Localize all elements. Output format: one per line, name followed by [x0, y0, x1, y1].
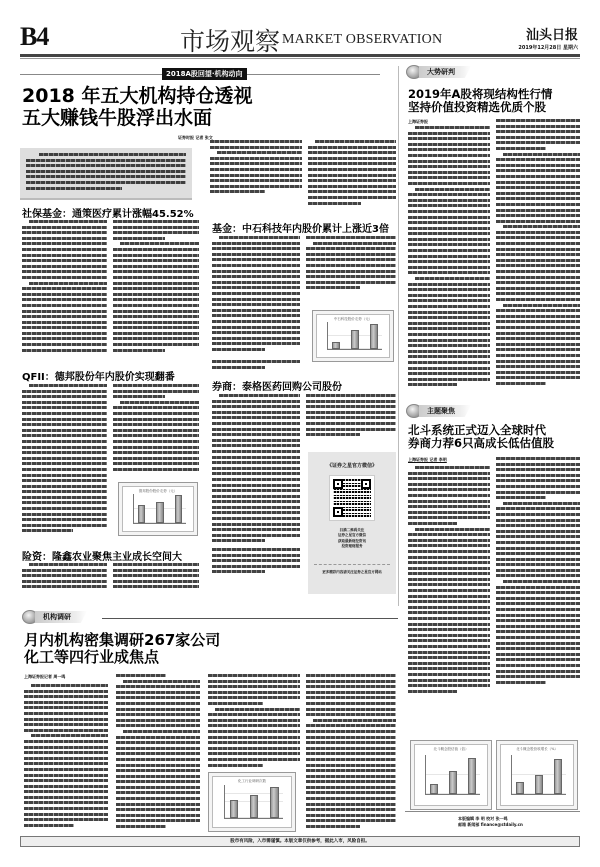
bottom-byline: 上海证券报记者 周一鸣: [24, 674, 65, 680]
masthead-rule-thin: [20, 58, 580, 59]
main-body-col1e: [22, 563, 107, 591]
qr-separator: [314, 564, 390, 565]
main-body-col3-top: [308, 140, 396, 215]
main-body-col2a: [212, 236, 300, 356]
bottom-headline[interactable]: 月内机构密集调研267家公司 化工等四行业成焦点: [24, 632, 220, 667]
chart-bar: [468, 758, 476, 795]
qr-promo: 《证券之星官方微信》 扫描二维码关注 证券之星官方微信 获取最新财经资讯 投资理…: [308, 452, 396, 594]
chart-fund: 中石科技股价走势（元）: [312, 310, 394, 362]
main-headline-line2: 五大赚钱牛股浮出水面: [22, 108, 253, 130]
chart-bar: [332, 342, 340, 350]
bottom-headline-line1: 月内机构密集调研267家公司: [24, 632, 220, 649]
chart-title: 化工行业调研次数: [213, 779, 291, 784]
main-body-col1f: [113, 563, 199, 591]
main-body-col1d: [113, 384, 199, 476]
chart-bar: [535, 775, 543, 794]
qr-note: 扫描二维码关注 证券之星官方微信 获取最新财经资讯 投资理财服务: [316, 528, 388, 549]
contact-credit: 邮箱 新闻部 finance@stdaily.cn: [458, 822, 523, 828]
subhead-qfii: QFII：德邦股份年内股价实现翻番: [22, 368, 175, 383]
main-byline: 证券时报 记者 张文: [178, 135, 213, 141]
main-body-col2c: [212, 394, 300, 544]
qr-footer-note: 更多精彩内容请关注证券之星官方网站: [316, 570, 388, 575]
right-top-body-col1: [408, 126, 490, 394]
chart-bar: [516, 782, 524, 794]
right-top-headline[interactable]: 2019年A股将现结构性行情 坚持价值投资精选优质个股: [408, 88, 552, 114]
section-title: 市场观察: [180, 22, 280, 58]
page-number: B4: [20, 22, 48, 52]
bottom-tag: 机构调研: [22, 610, 87, 624]
chart-bar: [175, 495, 182, 522]
footer-rule: [405, 811, 580, 812]
bottom-headline-line2: 化工等四行业成焦点: [24, 649, 220, 666]
subhead-broker: 券商：泰格医药回购公司股份: [212, 378, 342, 393]
right-mid-headline-line2: 券商力荐6只高成长低估值股: [408, 437, 554, 450]
main-body-col2-top: [210, 140, 302, 198]
chart-bar: [370, 324, 378, 349]
article-summary: [20, 148, 192, 200]
main-body-col3a: [306, 236, 396, 296]
subhead-fund: 基金：中石科技年内股价累计上涨近3倍: [212, 220, 389, 235]
right-mid-byline: 上海证券报 记者 李明: [408, 457, 447, 463]
qr-code-icon[interactable]: [330, 476, 374, 520]
right-top-tag: 大势研判: [406, 65, 471, 79]
topic-tag: 2018A股回望·机构动向: [162, 68, 247, 80]
chart-bar: [449, 771, 457, 794]
chart-bar: [230, 800, 238, 818]
subhead-social-security: 社保基金：通策医疗累计涨幅45.52%: [22, 205, 194, 220]
right-mid-body-col1: [408, 466, 490, 702]
chart-title: 北斗概念股估值（倍）: [415, 747, 487, 752]
right-mid-body-col2: [496, 457, 580, 702]
chart-bar: [250, 795, 258, 818]
chart-beidou-growth: 北斗概念股营收增长（%）: [496, 740, 578, 810]
masthead-rule: [20, 54, 580, 57]
subhead-insurance: 险资：隆鑫农业聚焦主业成长空间大: [22, 548, 182, 563]
section-title-en: MARKET OBSERVATION: [282, 32, 442, 48]
main-body-col1a: [22, 220, 107, 358]
right-mid-tag: 主题聚焦: [406, 404, 471, 418]
chart-bar: [270, 787, 278, 818]
chart-research: 化工行业调研次数: [208, 772, 296, 832]
masthead: B4 市场观察 MARKET OBSERVATION 汕头日报 2019年12月…: [20, 22, 580, 58]
chart-bar: [138, 505, 145, 523]
main-body-col2d: [212, 548, 300, 578]
right-mid-headline[interactable]: 北斗系统正式迈入全球时代 券商力荐6只高成长低估值股: [408, 424, 554, 450]
chart-qfii: 德邦股份股价走势（元）: [118, 482, 198, 536]
bottom-body-col2: [116, 674, 200, 829]
footer-credit: 本版编辑 李 明 校对 张一鸣 邮箱 新闻部 finance@stdaily.c…: [458, 816, 523, 829]
column-divider: [398, 66, 399, 606]
main-body-col1c: [22, 384, 107, 534]
chart-beidou-valuation: 北斗概念股估值（倍）: [410, 740, 492, 810]
right-top-byline: 上海证券报: [408, 119, 428, 125]
bottom-body-col1: [24, 684, 108, 829]
bottom-body-col4: [306, 674, 396, 829]
disclaimer-bar: 股市有风险，入市需谨慎。本版文章仅供参考，据此入市，风险自担。: [20, 836, 580, 847]
chart-bar: [430, 784, 438, 794]
chart-bar: [554, 759, 562, 794]
qr-title: 《证券之星官方微信》: [308, 462, 396, 469]
main-body-col3b: [306, 394, 396, 442]
right-top-body-col2: [496, 119, 580, 394]
chart-title: 北斗概念股营收增长（%）: [501, 747, 573, 752]
date-line: 2019年12月28日 星期六: [518, 44, 578, 51]
chart-bar: [156, 502, 163, 523]
main-body-col1b: [113, 220, 199, 358]
right-top-headline-line2: 坚持价值投资精选优质个股: [408, 101, 552, 114]
newspaper-logo: 汕头日报: [526, 24, 578, 43]
main-headline[interactable]: 2018 年五大机构持仓透视 五大赚钱牛股浮出水面: [22, 86, 253, 130]
main-headline-line1: 2018 年五大机构持仓透视: [22, 86, 253, 108]
bottom-tag-rule: [102, 618, 398, 619]
main-body-col2b: [212, 360, 300, 372]
chart-bar: [351, 330, 359, 349]
bottom-body-col3: [208, 674, 300, 769]
